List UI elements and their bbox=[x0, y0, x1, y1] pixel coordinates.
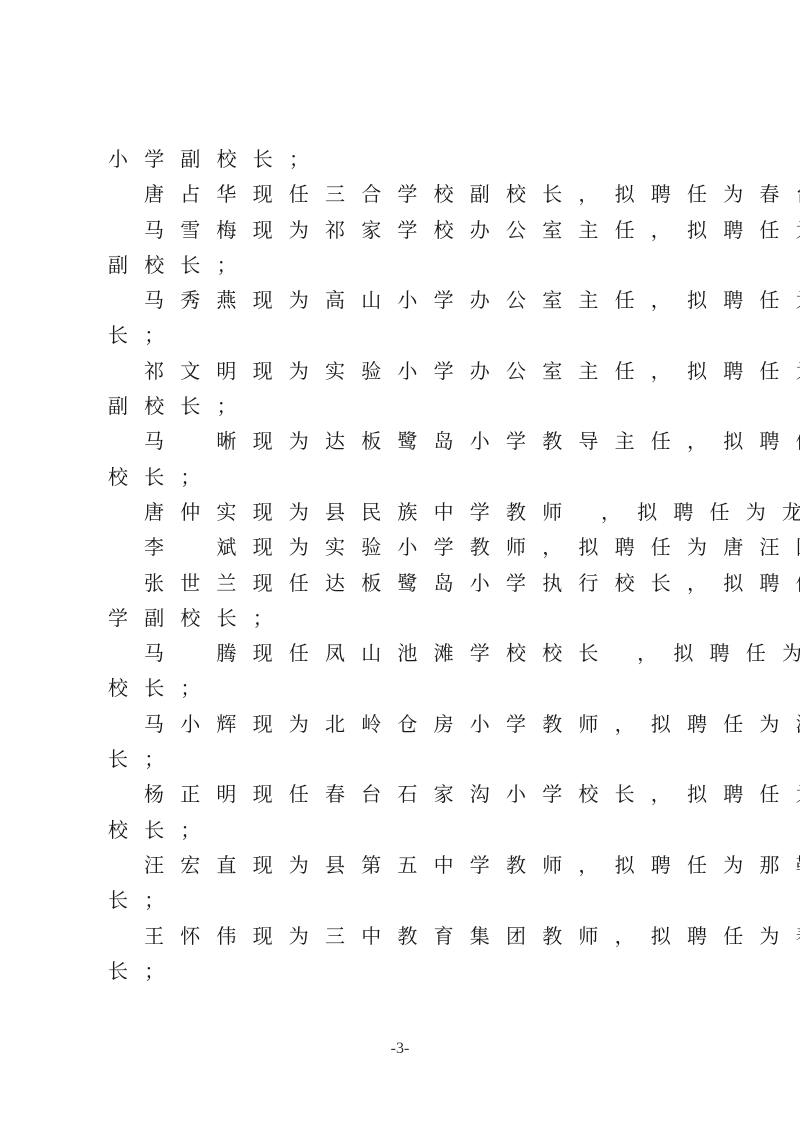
text-line: 张世兰现任达板鹭岛小学执行校长，拟聘任为达板鹭岛小 bbox=[108, 566, 708, 601]
text-line: 唐占华现任三合学校副校长，拟聘任为春台小学副校长； bbox=[108, 177, 708, 212]
text-line: 汪宏直现为县第五中学教师，拟聘任为那勒寺黑庄小学校 bbox=[108, 848, 708, 883]
text-line: 唐仲实现为县民族中学教师 ，拟聘任为龙泉学校副校长； bbox=[108, 495, 708, 530]
text-line: 长； bbox=[108, 883, 708, 918]
text-line: 学副校长； bbox=[108, 601, 708, 636]
text-line: 马小辉现为北岭仓房小学教师，拟聘任为河滩苏孟小学校 bbox=[108, 707, 708, 742]
document-body: 小学副校长； 唐占华现任三合学校副校长，拟聘任为春台小学副校长； 马雪梅现为祁家… bbox=[108, 142, 708, 989]
text-line: 长； bbox=[108, 318, 708, 353]
text-line: 杨正明现任春台石家沟小学校长，拟聘任为百和刘家小学 bbox=[108, 777, 708, 812]
text-line: 马 腾现任凤山池滩学校校长 ，拟聘任为那勒寺瓦房小学 bbox=[108, 636, 708, 671]
text-line: 校长； bbox=[108, 671, 708, 706]
text-line: 长； bbox=[108, 954, 708, 989]
text-line: 校长； bbox=[108, 460, 708, 495]
document-page: 小学副校长； 唐占华现任三合学校副校长，拟聘任为春台小学副校长； 马雪梅现为祁家… bbox=[0, 0, 800, 1131]
text-line: 马秀燕现为高山小学办公室主任，拟聘任为柳树小学副校 bbox=[108, 283, 708, 318]
text-line: 长； bbox=[108, 742, 708, 777]
text-line: 祁文明现为实验小学办公室主任，拟聘任为师范附属小学 bbox=[108, 354, 708, 389]
text-line: 马雪梅现为祁家学校办公室主任，拟聘任为考勒三塬学校 bbox=[108, 213, 708, 248]
text-line: 副校长； bbox=[108, 389, 708, 424]
text-line: 马 晰现为达板鹭岛小学教导主任，拟聘任为坪庄学校副 bbox=[108, 424, 708, 459]
text-line: 校长； bbox=[108, 813, 708, 848]
text-line: 李 斌现为实验小学教师，拟聘任为唐汪回民小学副校长； bbox=[108, 530, 708, 565]
text-line: 小学副校长； bbox=[108, 142, 708, 177]
text-line: 王怀伟现为三中教育集团教师，拟聘任为春台阳洼小学校 bbox=[108, 919, 708, 954]
text-line: 副校长； bbox=[108, 248, 708, 283]
page-number: -3- bbox=[0, 1040, 800, 1058]
